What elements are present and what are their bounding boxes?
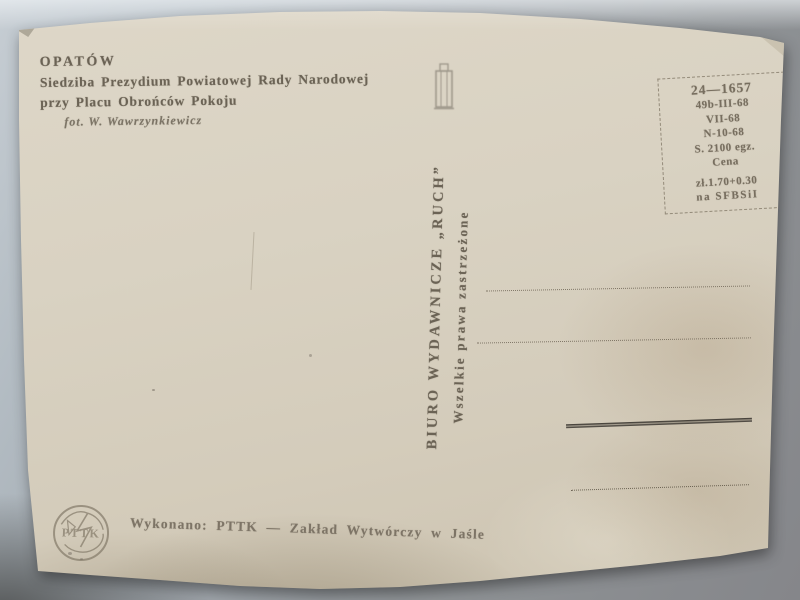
paper-speck bbox=[309, 354, 312, 357]
printer-monument-mark-icon bbox=[431, 63, 457, 113]
address-line-4 bbox=[571, 484, 749, 491]
photographer-credit: fot. W. Wawrzynkiewicz bbox=[64, 111, 369, 130]
address-line-3-inked bbox=[566, 418, 752, 428]
producer-credit: Wykonano: PTTK — Zakład Wytwórczy w Jaśl… bbox=[130, 515, 486, 543]
postcard-subtitle-line1: Siedziba Prezydium Powiatowej Rady Narod… bbox=[40, 71, 369, 91]
publisher-name-vertical: BIURO WYDAWNICZE „RUCH” bbox=[424, 189, 448, 449]
caption-block: OPATÓW Siedziba Prezydium Powiatowej Rad… bbox=[40, 51, 370, 130]
print-info-box: 24—1657 49b-III-68 VII-68 N-10-68 S. 210… bbox=[657, 72, 791, 214]
pttk-logo-text: PTTK bbox=[61, 525, 100, 540]
paper-speck bbox=[68, 552, 72, 555]
postcard-shadow-wrapper: OPATÓW Siedziba Prezydium Powiatowej Rad… bbox=[0, 0, 800, 600]
corner-fold-top-right bbox=[760, 36, 786, 58]
address-line-2 bbox=[477, 337, 751, 343]
paper-crease bbox=[250, 232, 254, 290]
paper-speck bbox=[152, 389, 155, 391]
photo-of-postcard-back: OPATÓW Siedziba Prezydium Powiatowej Rad… bbox=[0, 0, 800, 600]
rights-notice-vertical: Wszelkie prawa zastrzeżone bbox=[450, 192, 473, 442]
postcard-subtitle-line2: przy Placu Obrońców Pokoju bbox=[40, 91, 369, 111]
corner-fold-top-left bbox=[15, 22, 39, 37]
address-line-1 bbox=[486, 285, 750, 291]
postcard-title: OPATÓW bbox=[40, 51, 369, 71]
paper-speck bbox=[80, 558, 83, 560]
postcard: OPATÓW Siedziba Prezydium Powiatowej Rad… bbox=[0, 0, 800, 600]
